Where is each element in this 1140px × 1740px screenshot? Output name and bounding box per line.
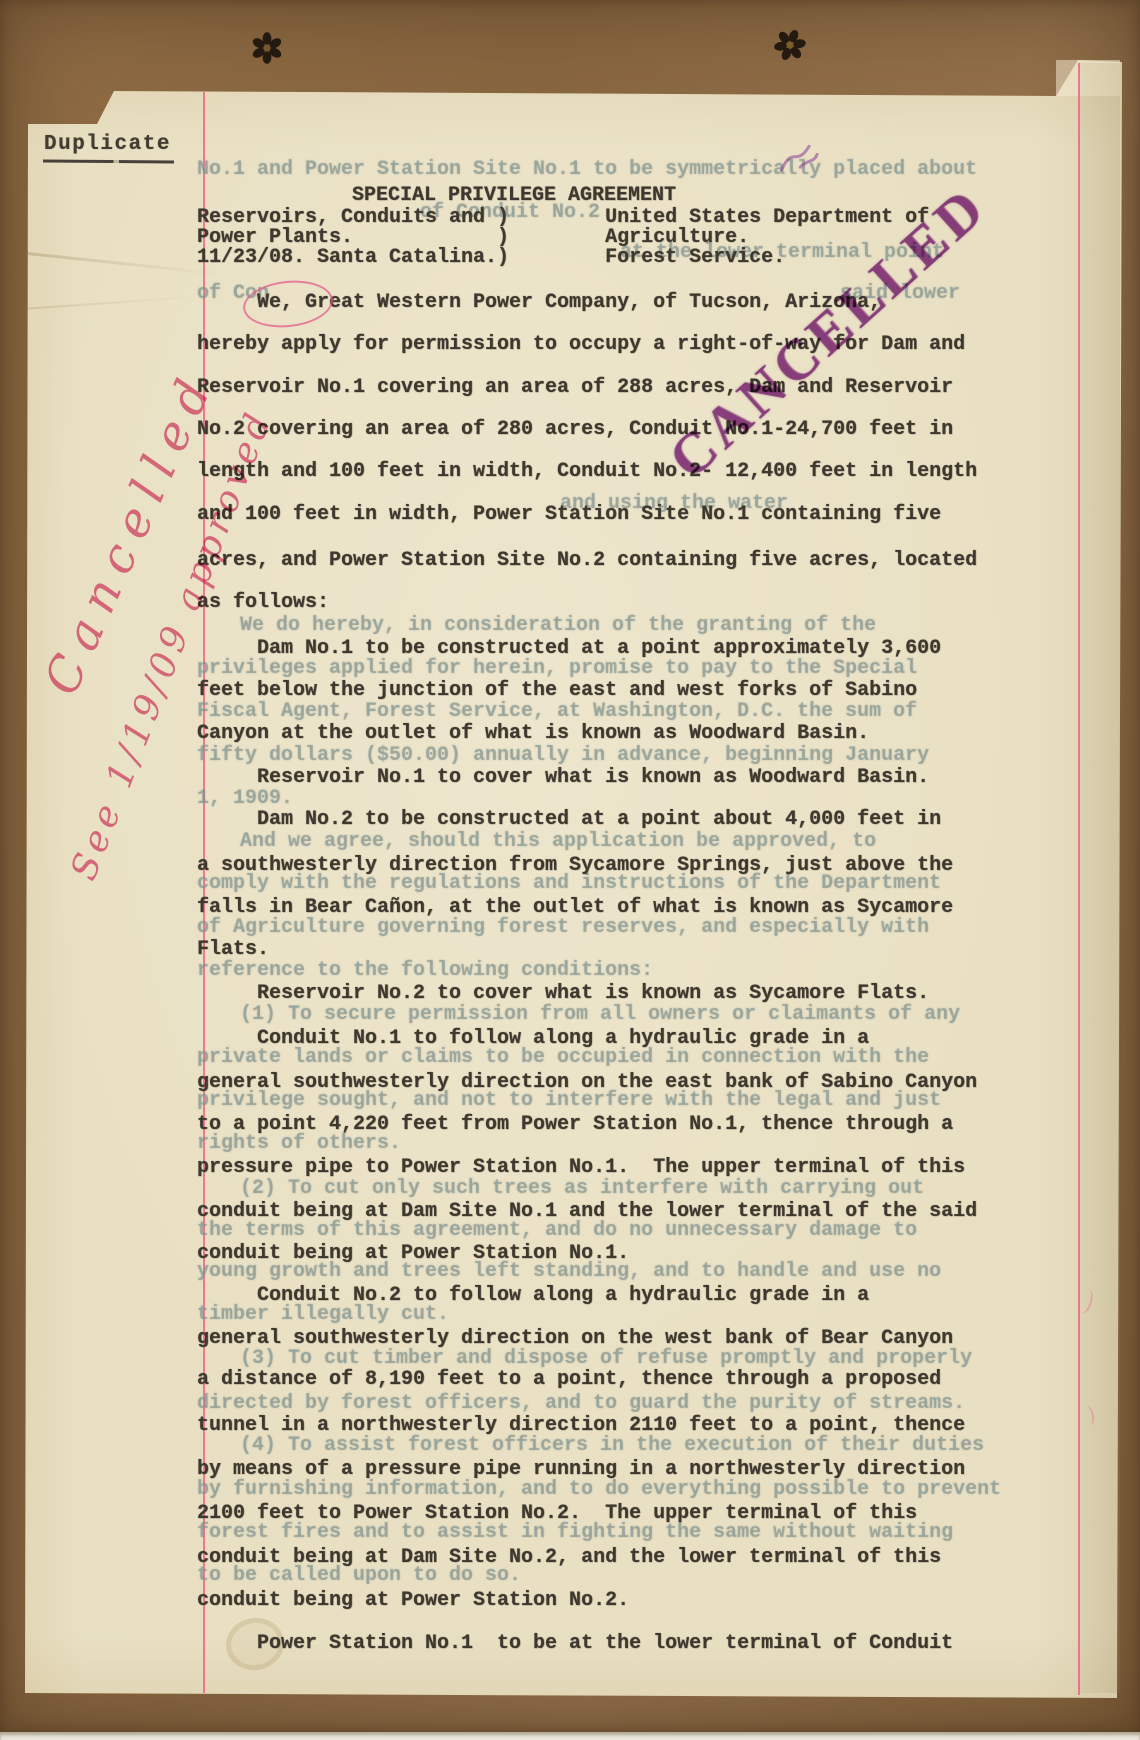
document-scan: Duplicate SPECIAL PRIVILEGE AGREEMENT No… (0, 0, 1140, 1740)
purple-ink-mark (773, 135, 825, 187)
typed-line: Reservoir No.1 to cover what is known as… (197, 766, 929, 790)
document-body: No.1 and Power Station Site No.1 to be s… (0, 0, 1140, 1740)
typed-line: length and 100 feet in width, Conduit No… (197, 460, 977, 484)
typed-line: Power Station No.1 to be at the lower te… (197, 1632, 953, 1656)
ghost-bleedthrough-line: No.1 and Power Station Site No.1 to be s… (197, 158, 977, 182)
typed-line: and 100 feet in width, Power Station Sit… (197, 503, 941, 527)
typed-line: Canyon at the outlet of what is known as… (197, 722, 869, 746)
ghost-bleedthrough-line: directed by forest officers, and to guar… (197, 1392, 965, 1416)
typed-line: general southwesterly direction on the w… (197, 1327, 953, 1351)
typed-line: acres, and Power Station Site No.2 conta… (197, 549, 977, 573)
typed-line: Conduit No.2 to follow along a hydraulic… (197, 1284, 869, 1308)
typed-line: 2100 feet to Power Station No.2. The upp… (197, 1502, 917, 1526)
typed-line: Reservoir No.1 covering an area of 288 a… (197, 376, 953, 400)
typed-line: conduit being at Power Station No.1. (197, 1242, 629, 1266)
typed-line: conduit being at Dam Site No.1 and the l… (197, 1200, 977, 1224)
typed-line: a southwesterly direction from Sycamore … (197, 854, 953, 878)
ghost-bleedthrough-line: We do hereby, in consideration of the gr… (240, 614, 876, 638)
typed-line: a distance of 8,190 feet to a point, the… (197, 1368, 941, 1392)
typed-line: Conduit No.1 to follow along a hydraulic… (197, 1027, 869, 1051)
typed-line: feet below the junction of the east and … (197, 679, 917, 703)
typed-line: Dam No.1 to be constructed at a point ap… (197, 637, 941, 661)
typed-line: 11/23/08. Santa Catalina.) Forest Servic… (197, 246, 785, 270)
typed-line: tunnel in a northwesterly direction 2110… (197, 1414, 965, 1438)
ghost-bleedthrough-line: Fiscal Agent, Forest Service, at Washing… (197, 700, 917, 724)
typed-line: pressure pipe to Power Station No.1. The… (197, 1156, 965, 1180)
ghost-bleedthrough-line: reference to the following conditions: (197, 959, 653, 983)
typed-line: falls in Bear Cañon, at the outlet of wh… (197, 896, 953, 920)
typed-line: Reservoir No.2 to cover what is known as… (197, 982, 929, 1006)
ghost-bleedthrough-line: (2) To cut only such trees as interfere … (240, 1177, 924, 1201)
ghost-bleedthrough-line: (1) To secure permission from all owners… (240, 1003, 960, 1027)
typed-line: general southwesterly direction on the e… (197, 1071, 977, 1095)
typed-line: to a point 4,220 feet from Power Station… (197, 1113, 953, 1137)
typed-line: Dam No.2 to be constructed at a point ab… (197, 808, 941, 832)
typed-line: conduit being at Power Station No.2. (197, 1589, 629, 1613)
typed-line: Flats. (197, 938, 269, 962)
typed-line: conduit being at Dam Site No.2, and the … (197, 1546, 941, 1570)
typed-line: as follows: (197, 591, 329, 615)
ghost-bleedthrough-line: And we agree, should this application be… (240, 830, 876, 854)
typed-line: No.2 covering an area of 280 acres, Cond… (197, 418, 953, 442)
ghost-bleedthrough-line: fifty dollars ($50.00) annually in advan… (197, 744, 929, 768)
typed-line: by means of a pressure pipe running in a… (197, 1458, 965, 1482)
